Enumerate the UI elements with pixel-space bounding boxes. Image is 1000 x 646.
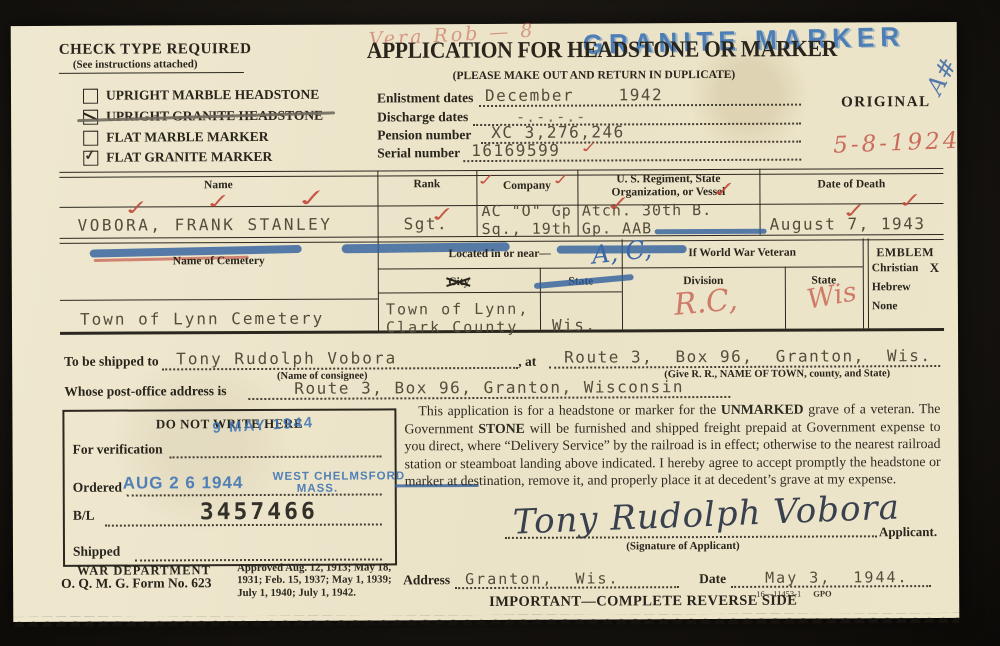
check-type-section: CHECK TYPE REQUIRED (See instructions at… bbox=[59, 41, 252, 71]
address-label: Address bbox=[403, 572, 450, 588]
checkbox-flat-granite-marker: ✓ FLAT GRANITE MARKER bbox=[83, 149, 272, 166]
discharge-dates-label: Discharge dates bbox=[377, 109, 468, 125]
red-checkmark-icon: ✓ bbox=[204, 192, 233, 211]
po-address-label: Whose post-office address is bbox=[64, 383, 226, 400]
red-checkmark-icon: ✓ bbox=[578, 140, 601, 158]
col-header-name: Name bbox=[59, 178, 377, 192]
photo-of-form: { "colors": {"stamp_blue":"#4076b4","ink… bbox=[0, 0, 1000, 646]
state-value: Wis. bbox=[552, 316, 597, 335]
check-type-title: CHECK TYPE REQUIRED bbox=[59, 41, 252, 59]
red-checkmark-icon: ✓ bbox=[840, 202, 869, 221]
shipped-label: Shipped bbox=[73, 544, 120, 560]
signature-caption: (Signature of Applicant) bbox=[553, 540, 813, 553]
verification-label: For verification bbox=[73, 441, 163, 457]
table-top-border bbox=[59, 168, 943, 178]
applicant-suffix-label: Applicant. bbox=[879, 524, 937, 540]
enlistment-dates-label: Enlistment dates bbox=[377, 90, 473, 106]
city-header-text: City bbox=[448, 276, 469, 289]
checkbox-square-icon bbox=[83, 109, 98, 124]
agreement-paragraph: This application is for a headstone or m… bbox=[404, 400, 940, 490]
form-number-label: O. Q. M. G. Form No. 623 bbox=[61, 575, 211, 592]
shipped-to-label: To be shipped to bbox=[64, 353, 158, 369]
ordered-label: Ordered bbox=[73, 480, 122, 496]
city-value-line2: Clark County bbox=[386, 318, 518, 337]
city-value-line1: Town of Lynn, bbox=[386, 300, 529, 319]
pension-number-value: XC 3,276,246 bbox=[491, 122, 625, 142]
checkbox-label: FLAT GRANITE MARKER bbox=[106, 149, 272, 166]
blue-corner-note: A# bbox=[921, 53, 963, 99]
enlistment-dates-value: December 1942 bbox=[485, 85, 663, 105]
emblem-header: EMBLEM bbox=[867, 246, 944, 259]
signature-line bbox=[505, 534, 877, 539]
emblem-option-hebrew: Hebrew bbox=[872, 281, 911, 293]
emblem-option-christian: Christian bbox=[872, 262, 919, 274]
form-title: APPLICATION FOR HEADSTONE OR MARKER bbox=[367, 36, 819, 65]
ordered-place-stamp: WEST CHELMSFORD bbox=[273, 470, 406, 483]
col-header-cemetery: Name of Cemetery bbox=[60, 254, 378, 268]
original-label: ORIGINAL bbox=[841, 94, 931, 111]
field-line bbox=[170, 454, 382, 458]
destination-value: Route 3, Box 96, Granton, Wis. bbox=[564, 346, 931, 367]
address-value: Granton, Wis. bbox=[465, 569, 620, 588]
company-value-line2: Sq., 19th Gp. AAB bbox=[482, 219, 653, 238]
check-mark-icon: ✓ bbox=[83, 146, 97, 165]
col-header-rank: Rank bbox=[377, 178, 476, 191]
agreement-text-1: This application is for a headstone or m… bbox=[418, 402, 721, 418]
form-subtitle: (PLEASE MAKE OUT AND RETURN IN DUPLICATE… bbox=[409, 69, 779, 83]
headstone-application-form: CHECK TYPE REQUIRED (See instructions at… bbox=[11, 22, 960, 622]
blue-underline-stroke bbox=[655, 229, 767, 234]
important-notice: IMPORTANT—COMPLETE REVERSE SIDE bbox=[453, 592, 833, 611]
table-subheader-rule bbox=[378, 266, 863, 269]
division-red-handwriting: R.C, bbox=[672, 282, 738, 323]
emblem-option-none: None bbox=[872, 300, 898, 312]
red-checkmark-icon: ✓ bbox=[122, 199, 151, 218]
checkbox-label: FLAT MARBLE MARKER bbox=[106, 129, 268, 146]
company-value-line1: AC "O" Gp Atch. 30th B. bbox=[481, 201, 712, 220]
bl-number-value: 3457466 bbox=[200, 499, 318, 526]
checkbox-square-icon: ✓ bbox=[83, 150, 98, 165]
checkbox-upright-marble-headstone: UPRIGHT MARBLE HEADSTONE bbox=[83, 87, 319, 104]
ordered-date-stamp: AUG 2 6 1944 bbox=[123, 473, 244, 494]
checkbox-label: UPRIGHT MARBLE HEADSTONE bbox=[106, 87, 319, 104]
checkbox-flat-marble-marker: FLAT MARBLE MARKER bbox=[83, 129, 268, 146]
red-checkmark-icon: ✓ bbox=[428, 205, 457, 224]
po-address-value: Route 3, Box 96, Granton, Wisconsin bbox=[294, 377, 684, 398]
serial-number-value: 16169599 bbox=[471, 141, 560, 160]
col-header-ww-veteran: If World War Veteran bbox=[622, 246, 863, 260]
col-header-city: City bbox=[378, 276, 540, 289]
pension-number-label: Pension number bbox=[377, 127, 471, 143]
bl-label: B/L bbox=[73, 508, 95, 524]
do-not-write-box: DO NOT WRITE HERE 9 MAY 1944 For verific… bbox=[62, 408, 397, 566]
red-checkmark-icon: ✓ bbox=[604, 195, 633, 214]
perforated-edge bbox=[13, 613, 959, 627]
at-label: , at bbox=[518, 354, 536, 370]
red-checkmark-icon: ✓ bbox=[710, 180, 739, 199]
agreement-bold-unmarked: UNMARKED bbox=[721, 402, 804, 417]
check-type-subtitle: (See instructions attached) bbox=[73, 58, 252, 71]
date-label: Date bbox=[699, 571, 726, 587]
serial-number-label: Serial number bbox=[377, 145, 460, 161]
approved-dates-text: Approved Aug. 12, 1913; May 18, 1931; Fe… bbox=[237, 561, 401, 599]
date-value: May 3, 1944. bbox=[765, 568, 908, 587]
red-checkmark-icon: ✓ bbox=[896, 191, 925, 210]
consignee-value: Tony Rudolph Vobora bbox=[176, 348, 397, 368]
checkbox-square-icon bbox=[83, 130, 98, 145]
writing-line bbox=[60, 298, 378, 301]
rule bbox=[59, 72, 244, 74]
emblem-christian-x-mark: X bbox=[930, 260, 939, 276]
name-value: VOBORA, FRANK STANLEY bbox=[78, 215, 333, 235]
agreement-bold-stone: STONE bbox=[478, 420, 525, 435]
cemetery-value: Town of Lynn Cemetery bbox=[80, 309, 324, 329]
red-date-note: 5-8-1924 bbox=[833, 128, 961, 159]
checkbox-square-icon bbox=[83, 88, 98, 103]
table-subheader-rule bbox=[378, 291, 622, 293]
red-checkmark-icon: ✓ bbox=[295, 188, 329, 208]
ordered-place-stamp-2: MASS. bbox=[297, 483, 338, 495]
col-header-located: Located in or near— bbox=[378, 247, 622, 261]
